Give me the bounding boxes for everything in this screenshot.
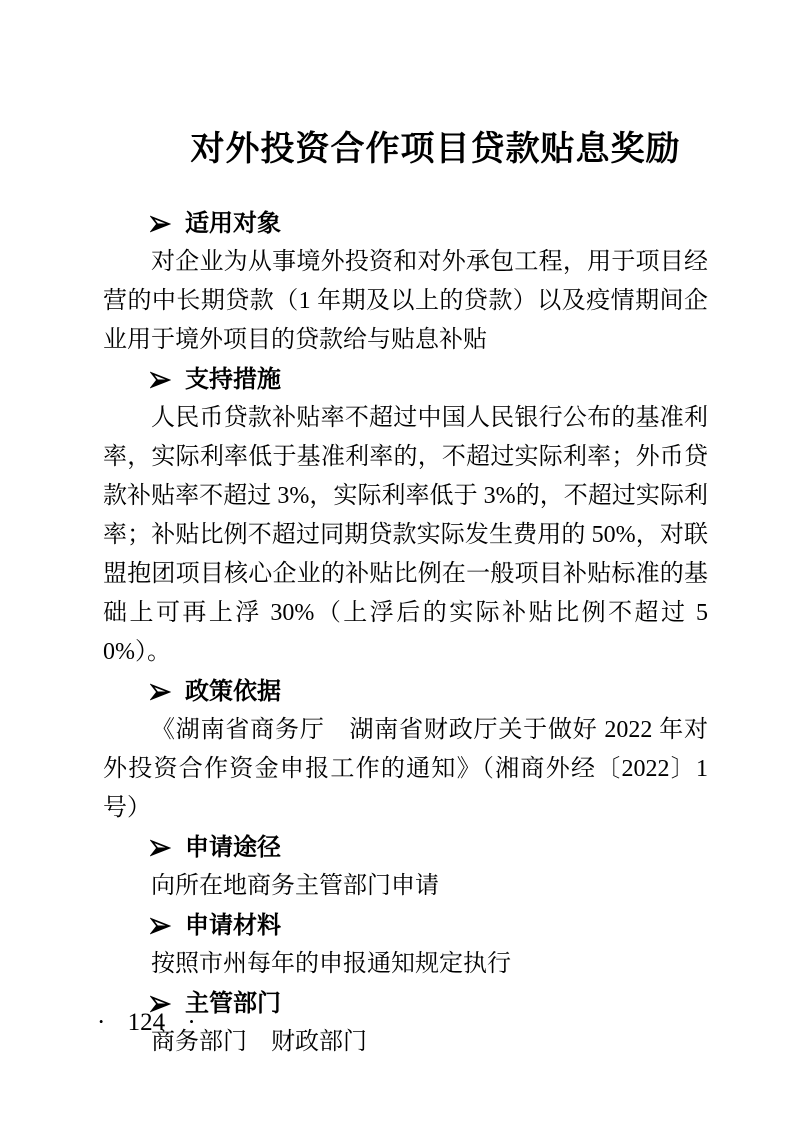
section-heading-label: 支持措施 [185, 360, 281, 399]
arrowhead-bullet-icon [150, 683, 171, 701]
section-heading: 适用对象 [103, 204, 708, 243]
section-body-text: 向所在地商务主管部门申请 [103, 867, 708, 906]
section-heading-label: 适用对象 [185, 204, 281, 243]
section-body-text: 人民币贷款补贴率不超过中国人民银行公布的基准利率，实际利率低于基准利率的，不超过… [103, 399, 708, 672]
section-support-measures: 支持措施 人民币贷款补贴率不超过中国人民银行公布的基准利率，实际利率低于基准利率… [103, 360, 708, 672]
section-heading: 申请途径 [103, 828, 708, 867]
section-application-materials: 申请材料 按照市州每年的申报通知规定执行 [103, 906, 708, 984]
page-title: 对外投资合作项目贷款贴息奖励 [133, 126, 738, 172]
section-body-text: 《湖南省商务厅 湖南省财政厅关于做好 2022 年对外投资合作资金申报工作的通知… [103, 711, 708, 828]
section-heading-label: 政策依据 [185, 672, 281, 711]
arrowhead-bullet-icon [150, 917, 171, 935]
section-policy-basis: 政策依据 《湖南省商务厅 湖南省财政厅关于做好 2022 年对外投资合作资金申报… [103, 672, 708, 828]
section-application-channel: 申请途径 向所在地商务主管部门申请 [103, 828, 708, 906]
section-heading: 支持措施 [103, 360, 708, 399]
section-applicable-targets: 适用对象 对企业为从事境外投资和对外承包工程，用于项目经营的中长期贷款（1 年期… [103, 204, 708, 360]
section-heading-label: 主管部门 [185, 984, 281, 1023]
section-heading: 申请材料 [103, 906, 708, 945]
section-body-text: 对企业为从事境外投资和对外承包工程，用于项目经营的中长期贷款（1 年期及以上的贷… [103, 243, 708, 360]
arrowhead-bullet-icon [150, 215, 171, 233]
arrowhead-bullet-icon [150, 371, 171, 389]
document-page: 对外投资合作项目贷款贴息奖励 适用对象 对企业为从事境外投资和对外承包工程，用于… [0, 0, 793, 1122]
section-heading-label: 申请材料 [185, 906, 281, 945]
arrowhead-bullet-icon [150, 839, 171, 857]
section-body-text: 按照市州每年的申报通知规定执行 [103, 945, 708, 984]
document-body: 适用对象 对企业为从事境外投资和对外承包工程，用于项目经营的中长期贷款（1 年期… [103, 204, 708, 1062]
section-heading-label: 申请途径 [185, 828, 281, 867]
section-heading: 政策依据 [103, 672, 708, 711]
page-number: · 124 · [97, 1007, 196, 1039]
